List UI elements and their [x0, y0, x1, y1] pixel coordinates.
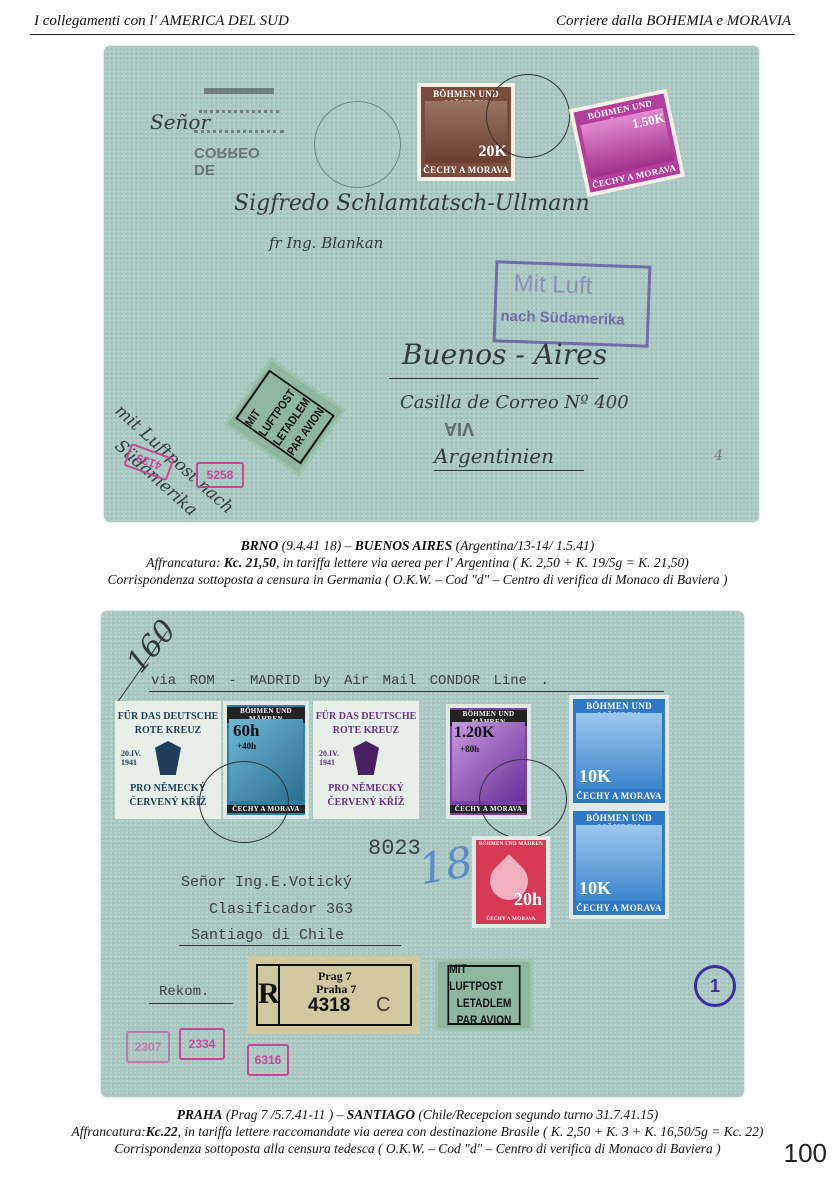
blue-pencil-mark: 18 — [415, 837, 476, 895]
routing-line: via ROM - MADRID by Air Mail CONDOR Line… — [151, 673, 549, 689]
censor-mark-2334: 2334 — [179, 1028, 225, 1060]
caption1-line2: Affrancatura: Kc. 21,50, in tariffa lett… — [0, 554, 835, 571]
caption-cover-1: BRNO (9.4.41 18) – BUENOS AIRES (Argenti… — [0, 537, 835, 588]
eagle-icon — [353, 741, 379, 775]
address-line-1: Señor Ing.E.Votický — [181, 874, 352, 891]
censor-mark-6316: 6316 — [247, 1044, 289, 1076]
airmail-label: MIT LUFTPOST LETADLEM PAR AVION — [224, 357, 346, 477]
caption-cover-2: PRAHA (Prag 7 /5.7.41-11 ) – SANTIAGO (C… — [0, 1106, 835, 1157]
handwritten-number: 160 — [120, 613, 184, 679]
arrival-mark: AIV — [444, 418, 474, 439]
address-line-2: Clasificador 363 — [209, 901, 353, 918]
routing-underline — [149, 691, 664, 692]
caption2-line2: Affrancatura:Kc.22, in tariffa lettere r… — [0, 1123, 835, 1140]
postmark-praha-2 — [479, 759, 567, 839]
red-cross-label-2: FÜR DAS DEUTSCHE ROTE KREUZ 20.IV. 1941 … — [313, 701, 419, 819]
header-left-title: I collegamenti con l' AMERICA DEL SUD — [34, 13, 289, 30]
airmail-label: MIT LUFTPOST LETADLEM PAR AVION — [435, 959, 533, 1031]
caption2-line3: Corrispondenza sottoposta alla censura t… — [0, 1140, 835, 1157]
postmark-praha-1 — [199, 761, 289, 843]
page-header: I collegamenti con l' AMERICA DEL SUD Co… — [30, 8, 795, 35]
cover-praha-santiago: 160 via ROM - MADRID by Air Mail CONDOR … — [101, 611, 744, 1097]
city: Buenos - Aires — [402, 338, 607, 371]
registration-letter: R — [258, 966, 280, 1024]
header-right-title: Corriere dalla BOHEMIA e MORAVIA — [556, 13, 791, 30]
stamp-10k-lower: BÖHMEN UND MÄHREN 10K ČECHY A MORAVA — [569, 807, 669, 919]
stamp-150k-church: BÖHMEN UND MÄHREN 1.50K ČECHY A MORAVA — [569, 89, 686, 198]
care-of: fr Ing. Blankan — [269, 234, 383, 252]
boxed-cachet-mit-luftpost: Mit Luft nach Südamerika — [493, 260, 652, 347]
machine-cancel-text: DE CORREO — [194, 144, 284, 178]
caption1-line1: BRNO (9.4.41 18) – BUENOS AIRES (Argenti… — [0, 537, 835, 554]
caption2-line1: PRAHA (Prag 7 /5.7.41-11 ) – SANTIAGO (C… — [0, 1106, 835, 1123]
postmark-circle — [314, 101, 401, 188]
circle-mark: 1 — [694, 965, 736, 1007]
page-number: 100 — [784, 1138, 827, 1169]
address-line-3: Santiago di Chile — [191, 927, 344, 944]
cover-brno-buenos-aires: DE CORREO Señor BÖHMEN UND MÄHREN 20K ČE… — [104, 46, 759, 522]
censor-mark-2307: 2307 — [126, 1031, 170, 1063]
stamp-10k-upper: BÖHMEN UND MÄHREN 10K ČECHY A MORAVA — [569, 695, 669, 807]
postmark-brno — [486, 74, 570, 158]
registration-label: R Prag 7 Praha 7 4318 C — [248, 956, 420, 1034]
registration-number: 4318 — [308, 995, 350, 1017]
censor-mark-5258: 5258 — [196, 462, 244, 488]
city-underline — [389, 378, 599, 379]
eagle-icon — [155, 741, 181, 775]
po-box: Casilla de Correo Nº 400 — [400, 392, 629, 413]
stamp-20h-linden: BÖHMEN UND MÄHREN 20h ČECHY A MORAVA — [472, 836, 550, 928]
rekom: Rekom. — [159, 984, 209, 1000]
addressee: Sigfredo Schlamtatsch-Ullmann — [234, 191, 590, 216]
rekom-underline — [149, 1003, 233, 1004]
address-underline — [179, 945, 401, 946]
country-underline — [434, 470, 584, 471]
pencil-mark: 4 — [714, 448, 723, 464]
country: Argentinien — [434, 444, 554, 468]
salutation: Señor — [150, 110, 210, 134]
caption1-line3: Corrispondenza sottoposta a censura in G… — [0, 571, 835, 588]
typed-number: 8023 — [368, 836, 421, 861]
